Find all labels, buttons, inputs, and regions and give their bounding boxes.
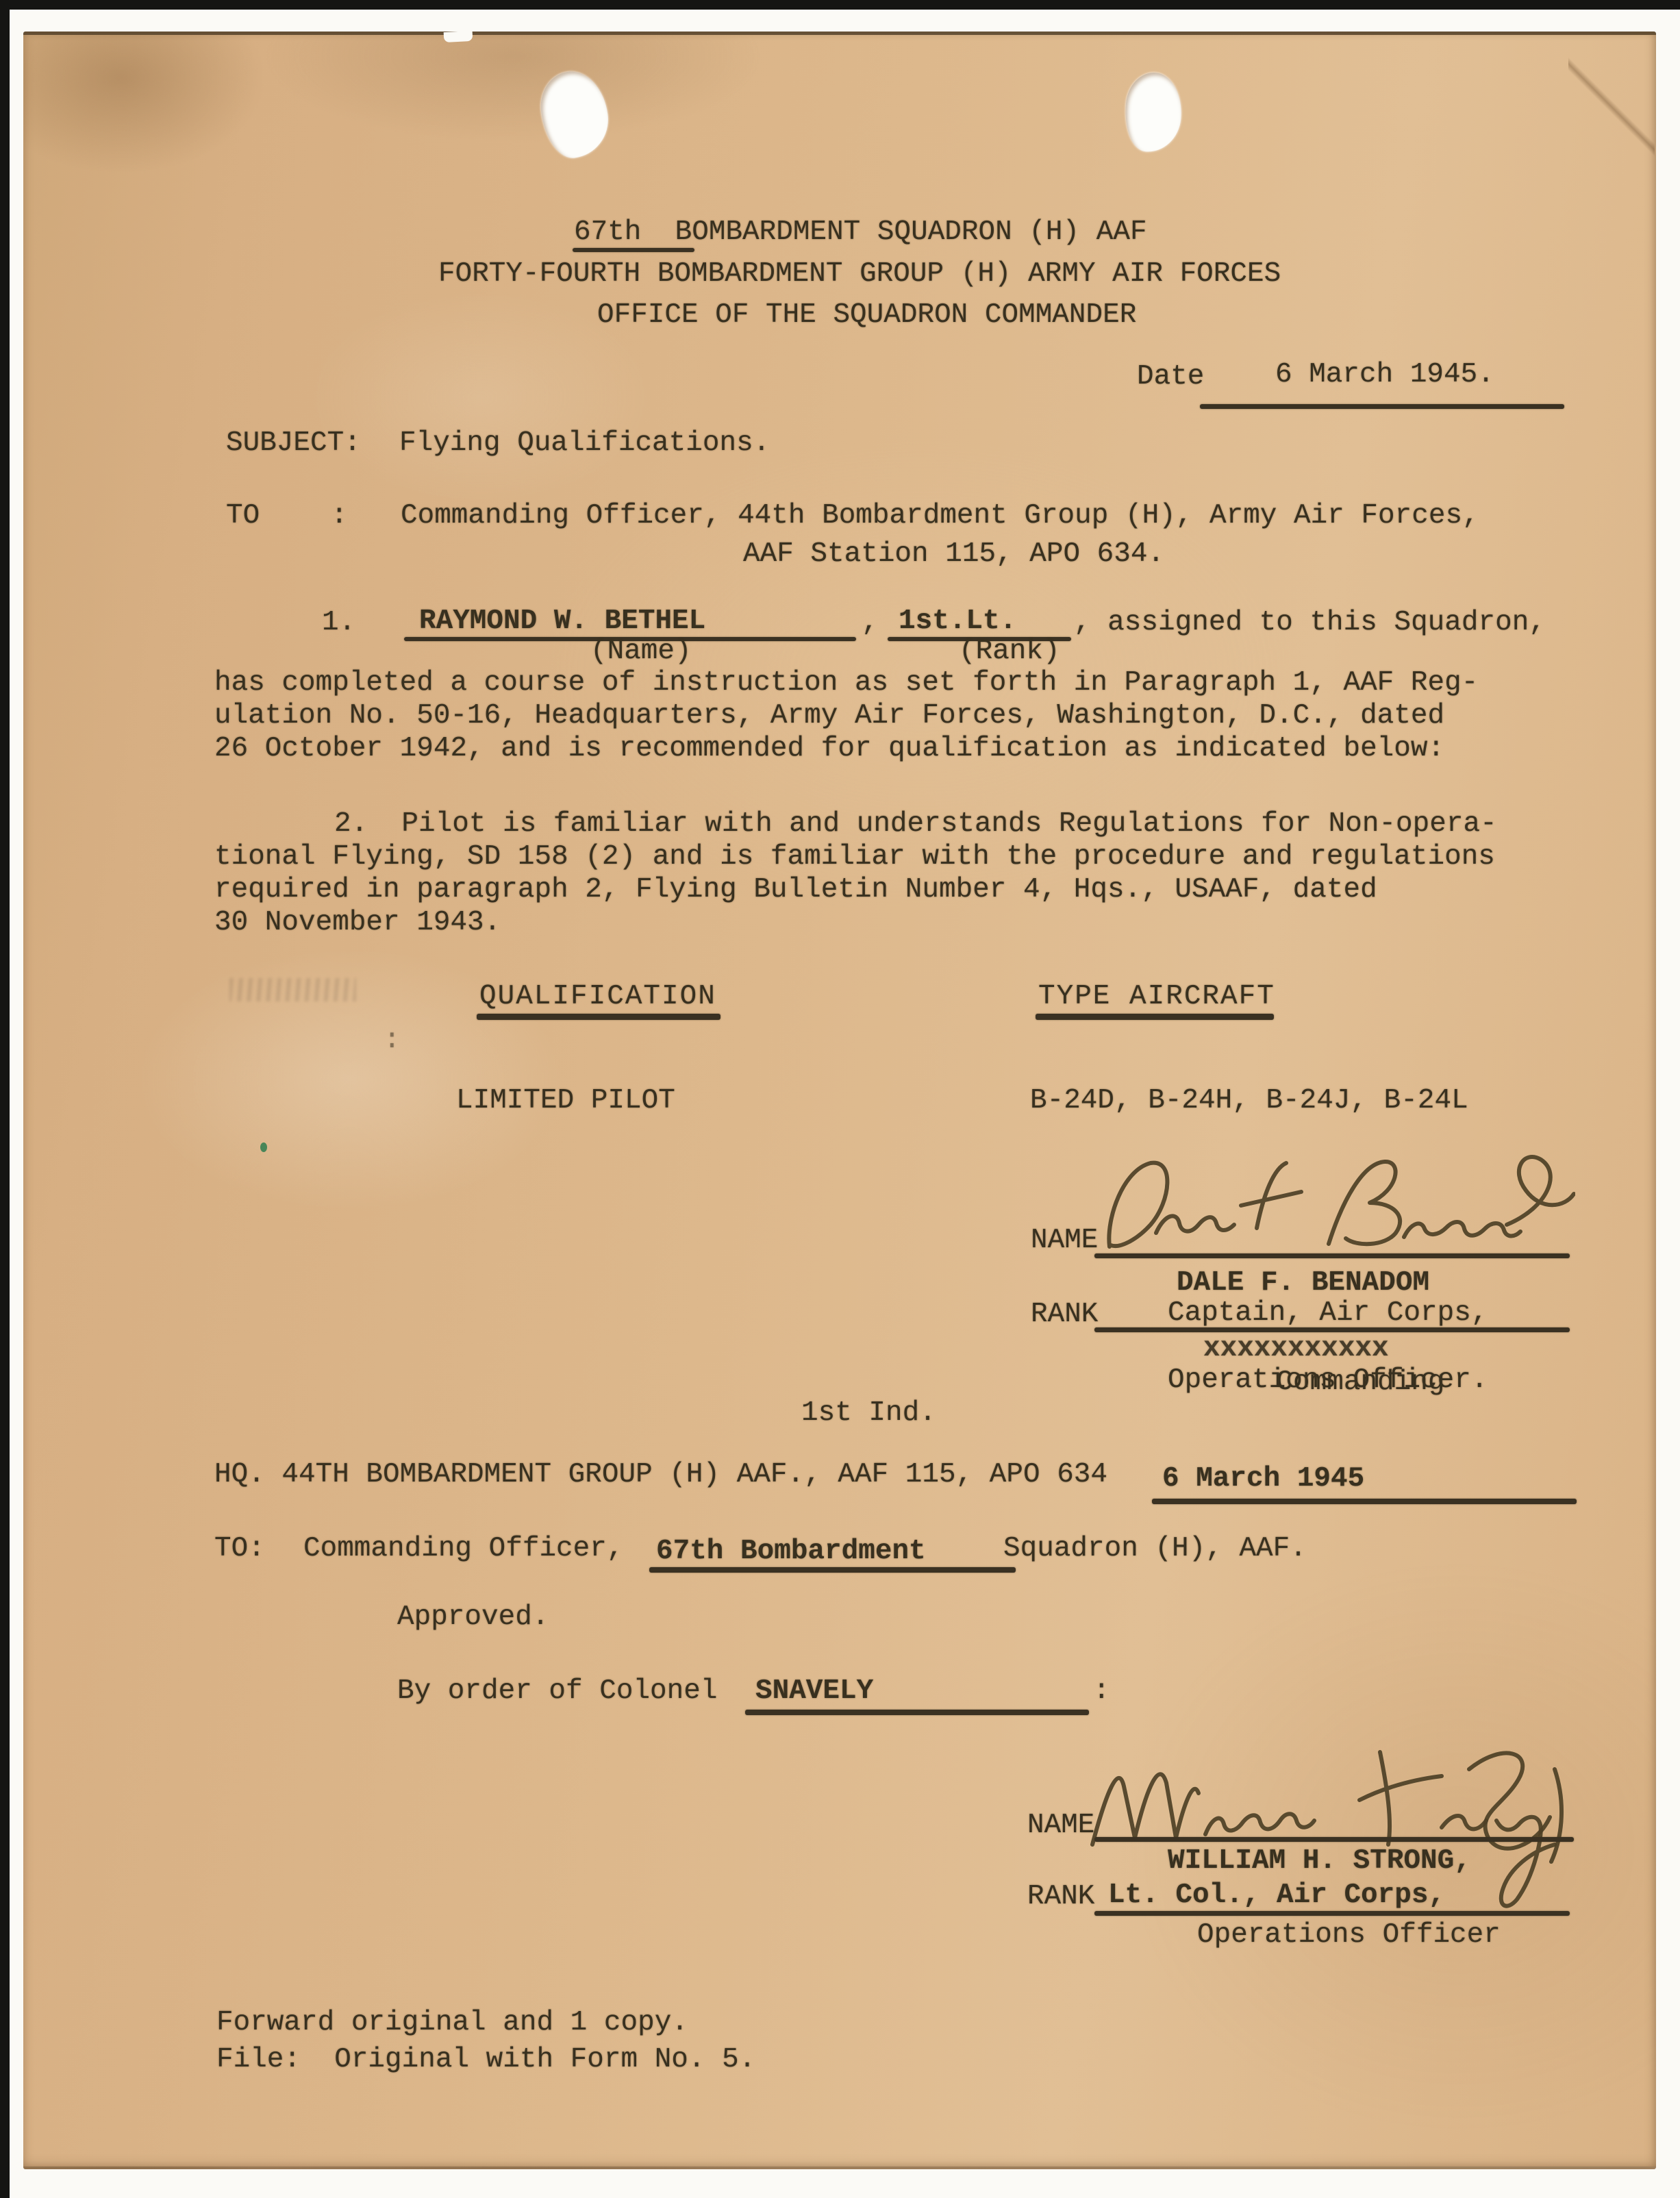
subject-value: Flying Qualifications. [399,427,770,460]
overstrike-text: xxxxxxxxxxx [1203,1333,1389,1365]
underline [1036,1014,1274,1020]
to-label: TO [226,500,260,532]
sig2-name-label: NAME [1027,1810,1094,1842]
para2-line1: 2. Pilot is familiar with and understand… [334,808,1497,840]
para1-number: 1. [322,607,355,639]
para1-body3: 26 October 1942, and is recommended for … [214,733,1444,765]
underline [1094,1253,1570,1258]
underline [1152,1499,1577,1504]
paper-corner-crease [1568,38,1655,175]
scanned-document: 67th BOMBARDMENT SQUADRON (H) AAF FORTY-… [0,0,1680,2198]
qualification-header: QUALIFICATION [479,981,716,1013]
sig1-name-label: NAME [1031,1225,1098,1257]
qualification-value: LIMITED PILOT [456,1085,675,1117]
pilot-name: RAYMOND W. BETHEL [419,605,705,638]
approved-line: Approved. [397,1601,549,1634]
paper-tear-notch [444,31,473,42]
type-aircraft-header: TYPE AIRCRAFT [1038,981,1275,1013]
endorsement-to-post: Squadron (H), AAF. [1003,1533,1307,1565]
para1-body1: has completed a course of instruction as… [214,667,1478,699]
letterhead-line1: 67th BOMBARDMENT SQUADRON (H) AAF [574,216,1147,249]
sig1-printed-name: DALE F. BENADOM [1177,1267,1429,1299]
underline [1094,1327,1570,1332]
pilot-rank: 1st.Lt. [899,605,1016,638]
sig1-rank-value: Captain, Air Corps, [1168,1297,1488,1329]
green-fleck [260,1142,267,1152]
subject-label: SUBJECT: [226,427,361,460]
sig1-rank-label: RANK [1031,1299,1098,1331]
para1-body2: ulation No. 50-16, Headquarters, Army Ai… [214,700,1444,732]
to-line1: Commanding Officer, 44th Bombardment Gro… [401,500,1479,532]
date-label: Date [1137,361,1204,393]
pencil-smudge [229,978,356,1001]
struck-word: Commanding xxxxxxxxxxx [1209,1334,1444,1464]
para1-rest: , assigned to this Squadron, [1074,607,1546,639]
endorsement-to-unit: 67th Bombardment [656,1536,926,1568]
endorsement-heading: 1st Ind. [801,1397,936,1429]
hq-date: 6 March 1945 [1162,1463,1364,1495]
scan-edge-top [0,0,1680,10]
letterhead-line2: FORTY-FOURTH BOMBARDMENT GROUP (H) ARMY … [438,258,1281,290]
letterhead-line1-rest: BOMBARDMENT SQUADRON (H) AAF [641,216,1146,248]
unit-number: 67th [574,216,641,248]
sig2-rank-label: RANK [1027,1881,1094,1913]
stray-mark: : [384,1025,401,1057]
name-caption: (Name) [590,636,692,668]
underline [1094,1911,1570,1916]
sig2-title: Operations Officer [1197,1919,1501,1951]
to-colon: : [331,500,348,532]
para2-line3: required in paragraph 2, Flying Bulletin… [214,874,1377,906]
sig1-title: Operations Officer. [1168,1364,1488,1397]
date-value: 6 March 1945. [1275,359,1494,391]
para2-line2: tional Flying, SD 158 (2) and is familia… [214,841,1495,873]
colonel-name: SNAVELY [755,1675,873,1708]
sig2-printed-name: WILLIAM H. STRONG, [1168,1845,1471,1877]
by-order-colon: : [1093,1675,1110,1708]
letterhead-line3: OFFICE OF THE SQUADRON COMMANDER [597,299,1136,332]
to-line2: AAF Station 115, APO 634. [743,538,1164,571]
underline [573,248,694,252]
endorsement-to-label: TO: [214,1533,265,1565]
underline [1094,1837,1574,1842]
underline [477,1014,720,1020]
underline [1200,404,1564,409]
footer-line2: File: Original with Form No. 5. [216,2044,755,2076]
signature-dale-benadom [1068,1142,1575,1264]
by-order-line: By order of Colonel [397,1675,717,1708]
scan-edge-left [0,0,10,2198]
type-aircraft-value: B-24D, B-24H, B-24J, B-24L [1030,1085,1468,1117]
para1-comma: , [862,607,879,639]
endorsement-to-pre: Commanding Officer, [303,1533,640,1565]
hq-line: HQ. 44TH BOMBARDMENT GROUP (H) AAF., AAF… [214,1459,1107,1491]
sig2-rank-value: Lt. Col., Air Corps, [1108,1879,1445,1912]
para2-line4: 30 November 1943. [214,907,501,939]
rank-caption: (Rank) [959,636,1060,668]
underline [649,1567,1016,1573]
footer-line1: Forward original and 1 copy. [216,2007,688,2039]
underline [745,1710,1089,1715]
